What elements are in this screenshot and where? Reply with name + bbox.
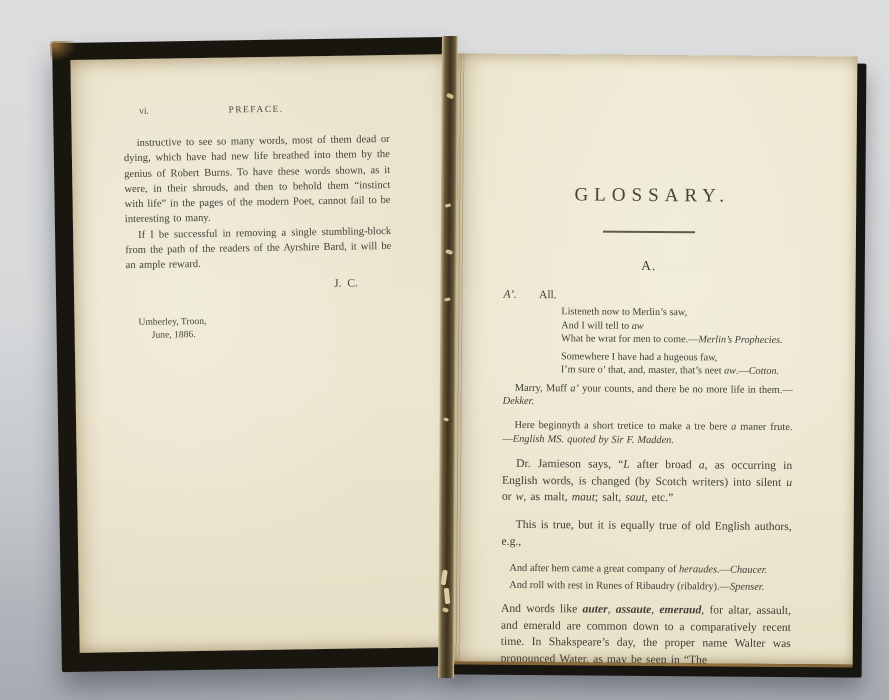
verse-quote-cotton: Somewhere I have had a hugeous faw, I’m … <box>561 350 793 379</box>
book-photo: vi. PREFACE. instructive to see so many … <box>0 0 889 700</box>
author-initials: J. C. <box>126 277 358 293</box>
preface-page: vi. PREFACE. instructive to see so many … <box>70 54 456 653</box>
quote-dekker: Marry, Muff a’ your counts, and there be… <box>503 382 793 411</box>
entry-headword: A’. <box>503 289 516 301</box>
imprint: Umberley, Troon, June, 1886. <box>138 312 392 343</box>
verse-line: I’m sure o’ that, and, master, that’s ne… <box>561 364 793 379</box>
quote-chaucer: And after hem came a great company of he… <box>509 561 791 577</box>
glossary-text-block: GLOSSARY. A. A’. All. Listeneth now to M… <box>500 184 794 681</box>
verse-line: What he wrat for men to come.—Merlin’s P… <box>561 332 793 347</box>
glossary-paragraph-words: And words like auter, assaute, emeraud, … <box>501 601 792 669</box>
preface-page-header: vi. PREFACE. <box>123 103 389 120</box>
entry-gloss: All. <box>539 289 557 301</box>
quote-spenser: And roll with rest in Runes of Ribaudry … <box>509 579 791 595</box>
stitch-thread <box>442 607 449 613</box>
stitch-thread <box>443 417 449 421</box>
quote-madden: Here beginnyth a short tretice to make a… <box>502 419 792 448</box>
glossary-page: GLOSSARY. A. A’. All. Listeneth now to M… <box>453 53 858 664</box>
running-head: PREFACE. <box>123 103 389 117</box>
preface-paragraph-1: instructive to see so many words, most o… <box>124 132 391 228</box>
verse-line: Listeneth now to Merlin’s saw, <box>561 305 793 320</box>
preface-text-block: vi. PREFACE. instructive to see so many … <box>123 103 393 343</box>
stitch-thread <box>445 249 453 255</box>
stitch-thread <box>441 570 448 586</box>
stitch-thread <box>444 588 451 604</box>
preface-paragraph-2: If I be successful in removing a single … <box>125 224 392 274</box>
title-divider-rule <box>603 231 695 234</box>
stitch-thread <box>444 298 450 302</box>
glossary-title: GLOSSARY. <box>504 184 794 208</box>
imprint-date: June, 1886. <box>152 325 393 342</box>
verse-quote-merlin: Listeneth now to Merlin’s saw, And I wil… <box>561 305 793 348</box>
section-heading: A. <box>504 256 794 276</box>
glossary-entry: A’. All. <box>503 288 793 305</box>
glossary-paragraph-jamieson: Dr. Jamieson says, “L after broad a, as … <box>502 456 792 507</box>
glossary-paragraph-true: This is true, but it is equally true of … <box>501 517 791 552</box>
stitch-thread <box>446 93 454 100</box>
stitch-thread <box>445 203 452 207</box>
